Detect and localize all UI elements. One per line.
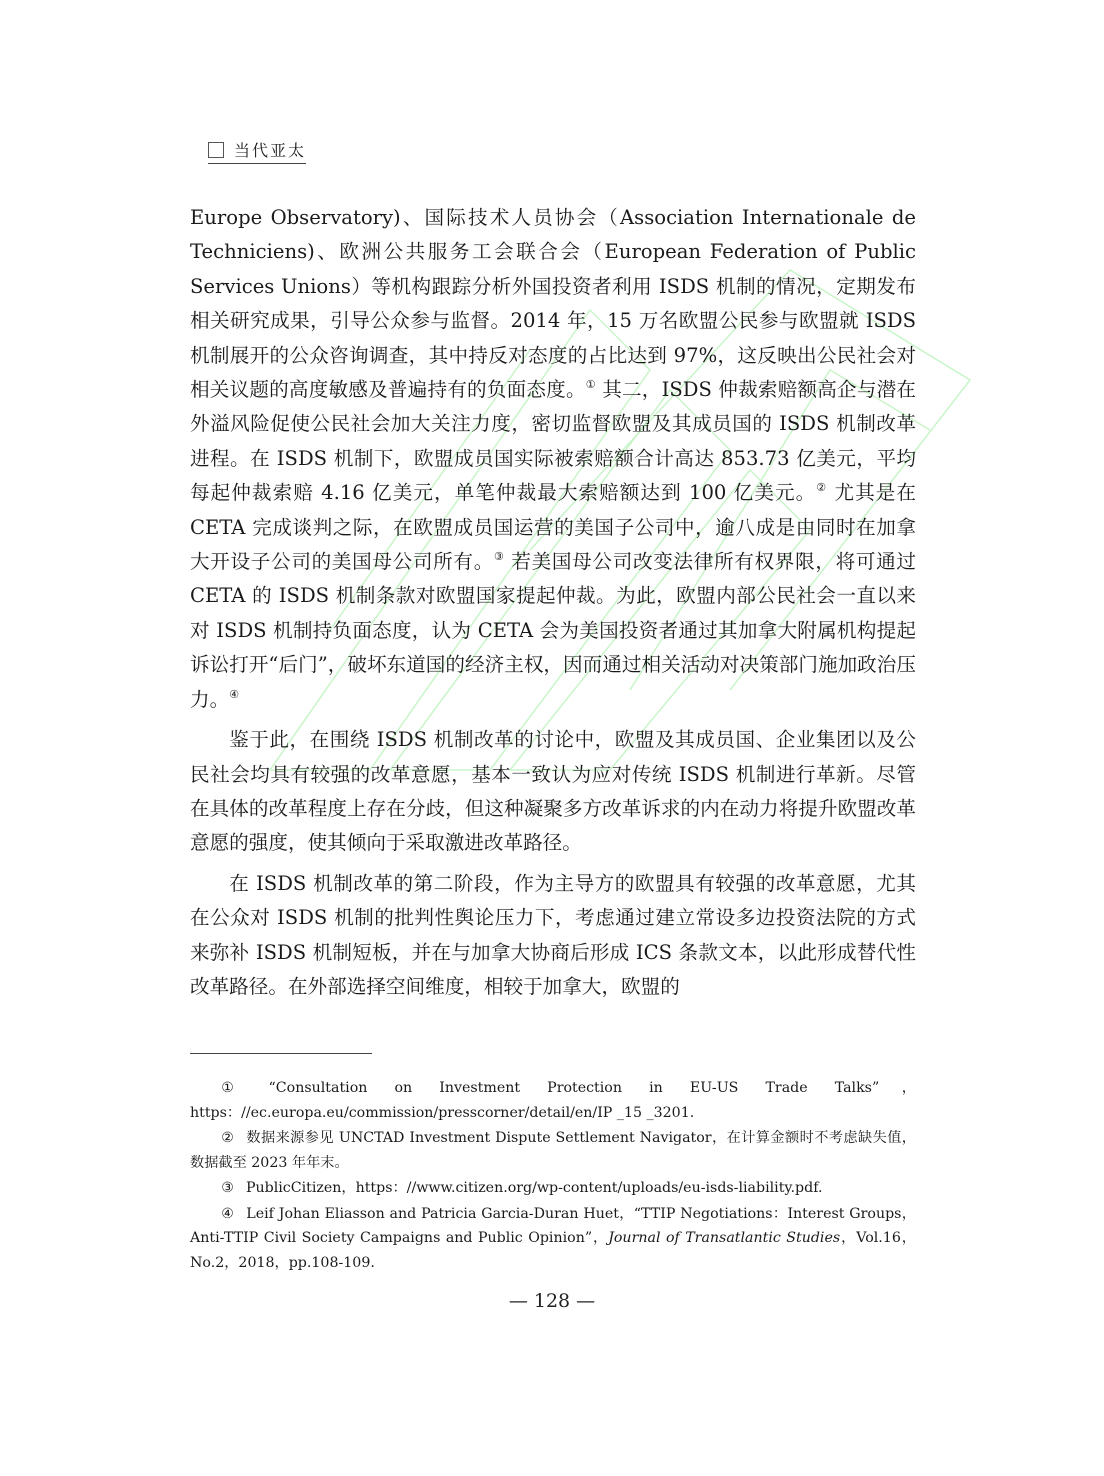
footnote-number: ④ (221, 1206, 234, 1222)
footnote-item: ④Leif Johan Eliasson and Patricia Garcia… (190, 1202, 916, 1276)
footnote-text: “Consultation on Investment Protection i… (190, 1080, 916, 1121)
footnote-ref[interactable]: ② (816, 481, 827, 494)
paragraph: 鉴于此，在围绕 ISDS 机制改革的讨论中，欧盟及其成员国、企业集团以及公民社会… (190, 723, 916, 861)
footnote-ref[interactable]: ④ (229, 688, 239, 701)
square-marker-icon (208, 142, 224, 158)
footnote-number: ② (221, 1130, 234, 1146)
footnote-number: ③ (221, 1180, 234, 1196)
footnote-number: ① (221, 1080, 256, 1096)
paragraph: 在 ISDS 机制改革的第二阶段，作为主导方的欧盟具有较强的改革意愿，尤其在公众… (190, 867, 916, 1005)
footnote-text: PublicCitizen，https：//www.citizen.org/wp… (246, 1180, 823, 1196)
paragraph-text: Europe Observatory)、国际技术人员协会（Association… (190, 206, 916, 401)
paragraph-text: 在 ISDS 机制改革的第二阶段，作为主导方的欧盟具有较强的改革意愿，尤其在公众… (190, 872, 916, 998)
body-text: Europe Observatory)、国际技术人员协会（Association… (190, 201, 916, 1004)
footnote-text: 数据来源参见 UNCTAD Investment Dispute Settlem… (190, 1130, 916, 1171)
paragraph: Europe Observatory)、国际技术人员协会（Association… (190, 201, 916, 717)
page-number: — 128 — (0, 1290, 1104, 1312)
footnote-item: ②数据来源参见 UNCTAD Investment Dispute Settle… (190, 1126, 916, 1175)
journal-name: Journal of Transatlantic Studies (608, 1230, 840, 1246)
footnotes: ①“Consultation on Investment Protection … (190, 1076, 916, 1275)
footnote-ref[interactable]: ③ (494, 550, 505, 563)
footnote-item: ①“Consultation on Investment Protection … (190, 1076, 916, 1125)
footnote-divider (190, 1053, 372, 1054)
paragraph-text: 若美国母公司改变法律所有权界限，将可通过 CETA 的 ISDS 机制条款对欧盟… (190, 550, 916, 711)
footnote-item: ③PublicCitizen，https：//www.citizen.org/w… (190, 1176, 916, 1201)
running-head: 当代亚太 (208, 138, 306, 164)
paragraph-text: 鉴于此，在围绕 ISDS 机制改革的讨论中，欧盟及其成员国、企业集团以及公民社会… (190, 728, 916, 854)
footnote-ref[interactable]: ① (586, 378, 596, 391)
journal-title: 当代亚太 (234, 138, 306, 161)
